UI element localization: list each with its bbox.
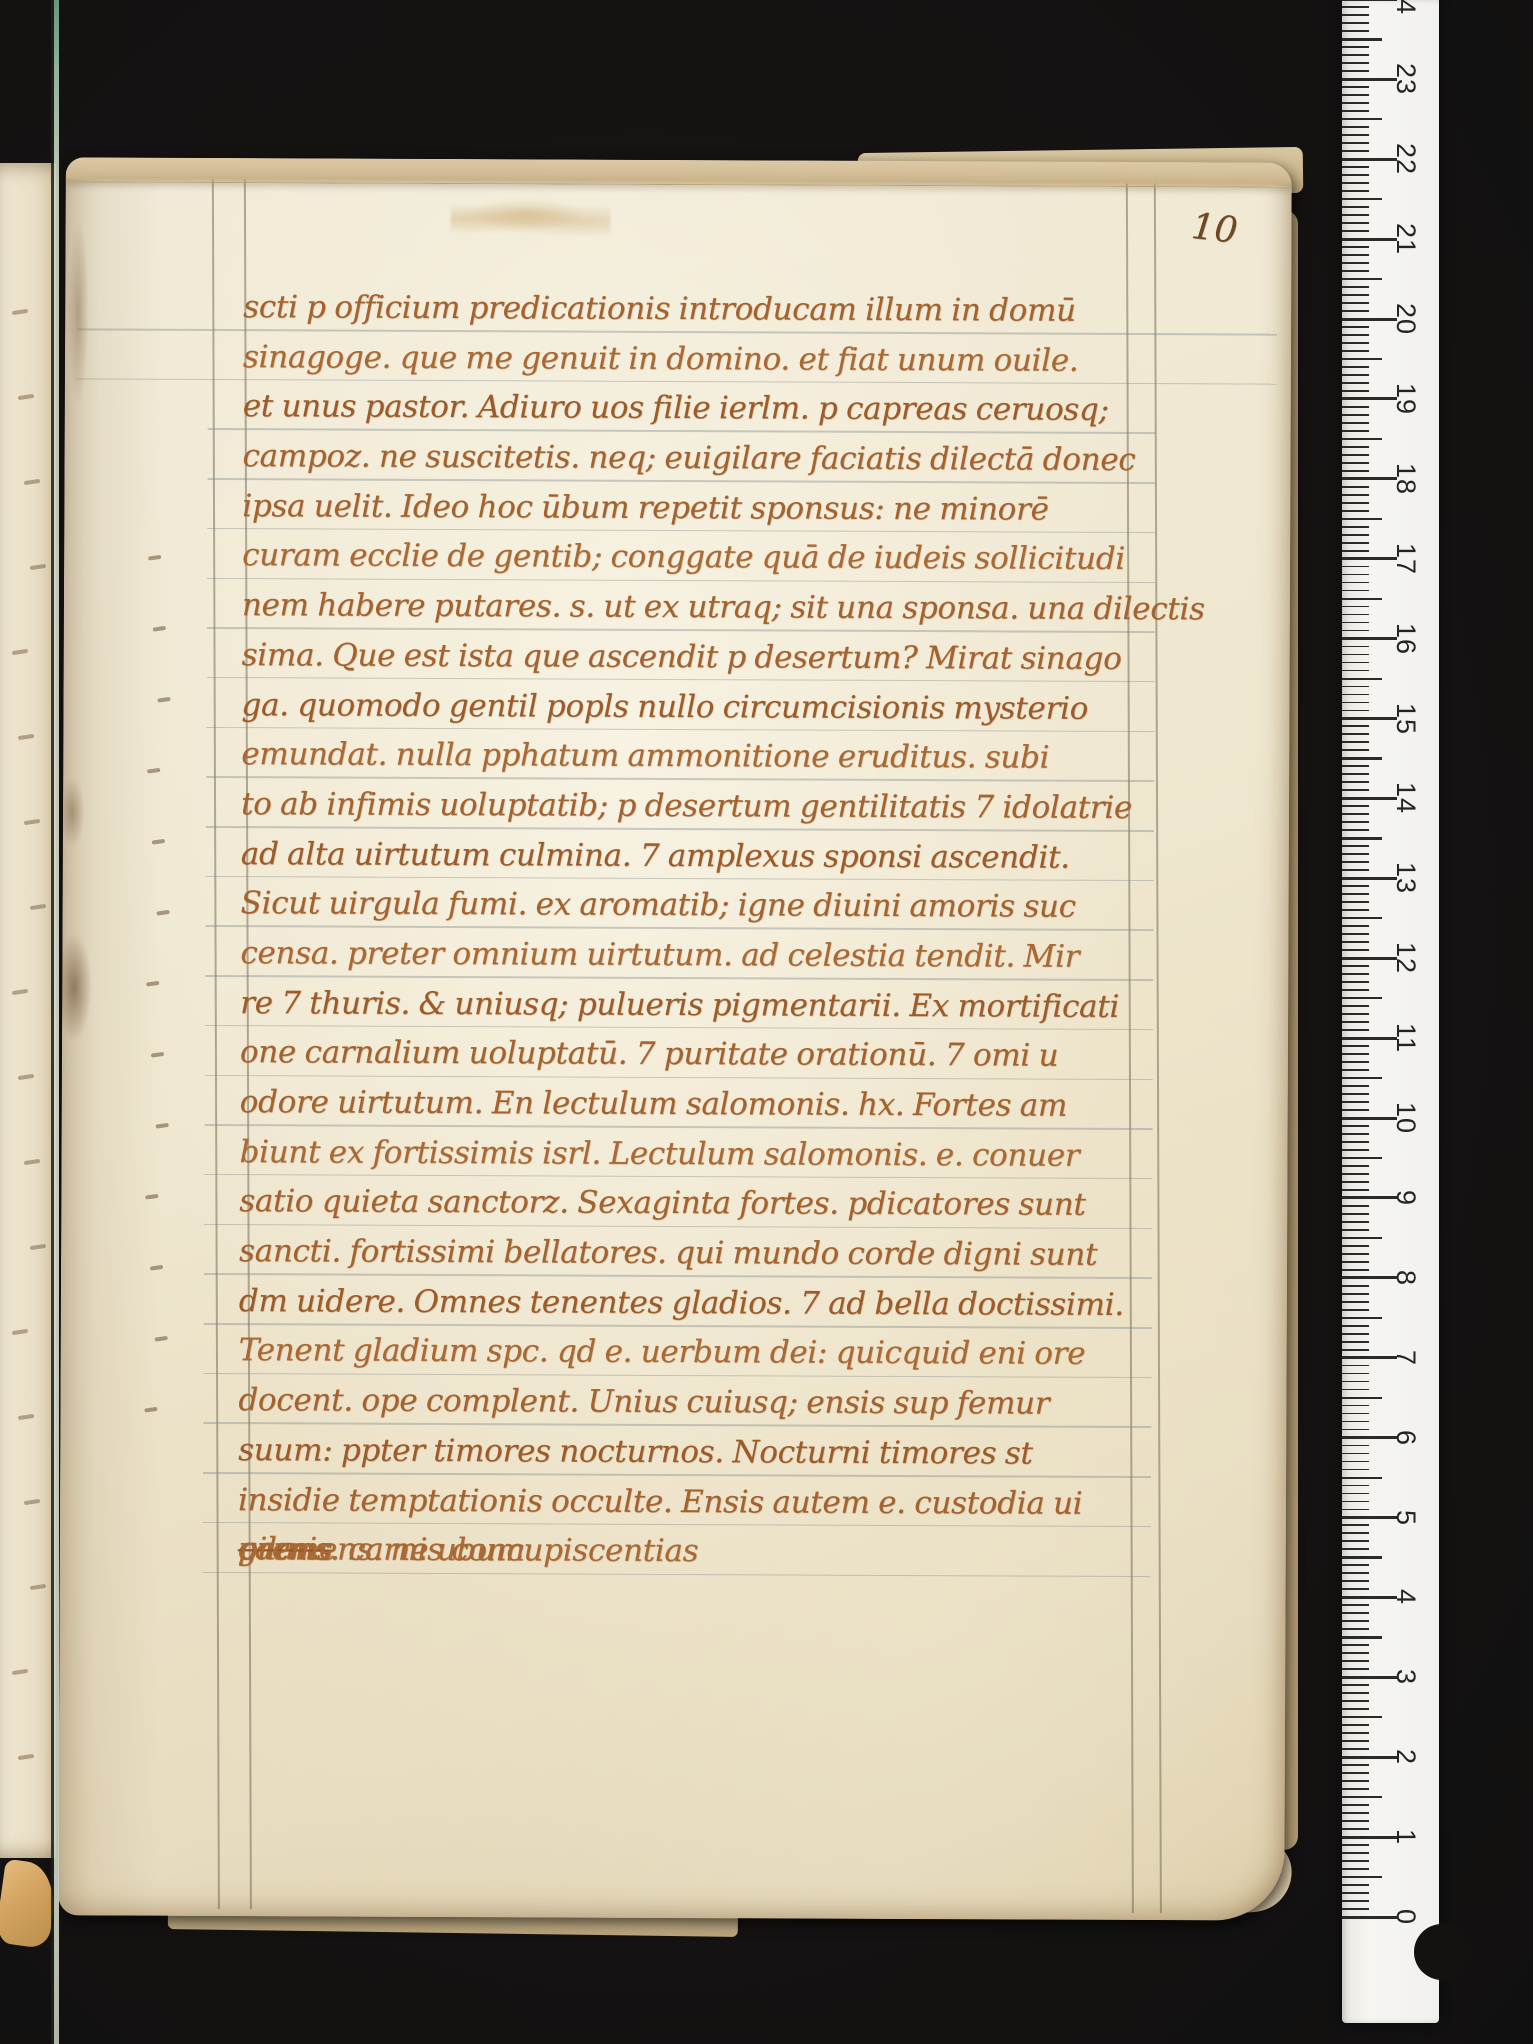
ruler-number: 1	[1395, 1809, 1417, 1865]
text-line: re 7 thuris. & uniusq; pulueris pigmenta…	[240, 985, 1155, 1039]
ruler-tick	[1342, 518, 1382, 520]
ruler-tick	[1342, 414, 1369, 416]
ruler-number: 15	[1395, 691, 1417, 747]
ruler-tick	[1342, 1628, 1369, 1630]
ruler-tick	[1342, 1333, 1369, 1335]
ruler-tick	[1342, 1037, 1397, 1040]
ruler-tick	[1342, 1716, 1382, 1718]
ruler-tick	[1342, 1908, 1369, 1910]
ruler-number: 14	[1395, 770, 1417, 826]
text-line: sancti. fortissimi bellatores. qui mundo…	[239, 1233, 1154, 1287]
text-line: satio quieta sanctorz. Sexaginta fortes.…	[239, 1183, 1154, 1237]
ruler-tick	[1342, 1772, 1369, 1774]
ruler-tick	[1342, 1221, 1369, 1223]
ruler-tick	[1342, 853, 1369, 855]
ruler-tick	[1342, 438, 1382, 440]
ruler-tick	[1342, 1676, 1397, 1679]
ruler-tick	[1342, 222, 1369, 224]
ruler-tick	[1342, 654, 1369, 656]
ruler-number: 20	[1395, 291, 1417, 347]
ruler-tick	[1342, 622, 1369, 624]
ruler-tick	[1342, 238, 1397, 241]
ruler-tick	[1342, 22, 1369, 24]
ruler-tick	[1342, 550, 1369, 552]
ruler-tick	[1342, 741, 1369, 743]
ruler-tick	[1342, 1796, 1382, 1798]
prick-mark	[151, 1052, 164, 1057]
ruler-tick	[1342, 6, 1369, 8]
prick-mark	[18, 1754, 34, 1760]
text-line: scti p officium predicationis introducam…	[243, 289, 1158, 343]
ruler-tick	[1342, 1349, 1369, 1351]
text-line: biunt ex fortissimis isrl. Lectulum salo…	[239, 1134, 1154, 1188]
ruler-tick	[1342, 614, 1369, 616]
ruler-tick	[1342, 1692, 1369, 1694]
prick-mark	[155, 1336, 168, 1341]
ruler-tick	[1342, 214, 1369, 216]
ruler-tick	[1342, 821, 1369, 823]
ruler-tick	[1342, 1788, 1369, 1790]
ruler-tick	[1342, 1429, 1369, 1431]
ruler-tick	[1342, 1061, 1369, 1063]
ruler-tick	[1342, 62, 1369, 64]
ruler-tick	[1342, 1836, 1397, 1839]
ruler-tick	[1342, 662, 1369, 664]
folio-number: 10	[1189, 206, 1239, 252]
ruler-tick	[1342, 1556, 1382, 1558]
ruler-tick	[1342, 989, 1369, 991]
ruler-tick	[1342, 1852, 1369, 1854]
ruler-tick	[1342, 174, 1369, 176]
ruler-tick	[1342, 366, 1369, 368]
ruler-tick	[1342, 1053, 1369, 1055]
ruler-tick	[1342, 397, 1397, 400]
ruler-number: 23	[1395, 51, 1417, 107]
ruler-tick	[1342, 110, 1369, 112]
ruler-tick	[1342, 757, 1382, 759]
ruler-number: 24	[1395, 0, 1417, 27]
prick-mark	[12, 989, 28, 995]
ruler-tick	[1342, 1652, 1369, 1654]
ruler-tick	[1342, 678, 1382, 680]
text-line: ga. quomodo gentil popls nullo circumcis…	[241, 687, 1156, 741]
ruler-tick	[1342, 446, 1369, 448]
ruler-tick	[1342, 1189, 1369, 1191]
ruler-tick	[1342, 1780, 1369, 1782]
ruler-tick	[1342, 318, 1397, 321]
prick-mark	[30, 1584, 46, 1590]
ruler-tick	[1342, 1748, 1369, 1750]
ruler-tick	[1342, 502, 1369, 504]
ruler-tick	[1342, 933, 1369, 935]
ruler-tick	[1342, 542, 1369, 544]
ruler-number: 22	[1395, 131, 1417, 187]
ruler-tick	[1342, 765, 1369, 767]
ruler-tick	[1342, 310, 1369, 312]
ruler-tick	[1342, 1276, 1397, 1279]
text-block: scti p officium predicationis introducam…	[238, 289, 1159, 1585]
ruler-tick	[1342, 805, 1369, 807]
ruler-number: 3	[1395, 1649, 1417, 1705]
ruler-tick	[1342, 70, 1369, 72]
ruler-tick	[1342, 78, 1397, 81]
ruler-tick	[1342, 949, 1369, 951]
ruler-tick	[1342, 1117, 1397, 1120]
prick-mark	[18, 734, 34, 740]
ruler-tick	[1342, 829, 1369, 831]
text-line: et unus pastor. Adiuro uos filie ierlm. …	[243, 388, 1158, 442]
ruler-tick	[1342, 1085, 1369, 1087]
ruler-tick	[1342, 302, 1369, 304]
text-line: suum: ppter timores nocturnos. Nocturni …	[238, 1432, 1153, 1486]
ruler-tick	[1342, 190, 1369, 192]
ruler-tick	[1342, 981, 1369, 983]
ruler-tick	[1342, 941, 1369, 943]
ruler-tick	[1342, 286, 1369, 288]
ruler-tick	[1342, 1876, 1382, 1878]
ruler-tick	[1342, 1325, 1369, 1327]
ruler-tick	[1342, 917, 1382, 919]
ruler-number: 12	[1395, 930, 1417, 986]
ruler-tick	[1342, 246, 1369, 248]
ruler-tick	[1342, 590, 1369, 592]
ruler-tick	[1342, 1269, 1369, 1271]
ruler-tick	[1342, 1205, 1369, 1207]
ruler-tick	[1342, 1013, 1369, 1015]
ruler-tick	[1342, 510, 1369, 512]
ruler-number: 2	[1395, 1729, 1417, 1785]
ruler-tick	[1342, 1636, 1382, 1638]
ruler-tick	[1342, 1245, 1369, 1247]
ruler-tick	[1342, 1828, 1369, 1830]
page-top-fold	[66, 157, 1292, 187]
prick-mark	[145, 1194, 158, 1199]
ruler-tick	[1342, 877, 1397, 880]
ruler-tick	[1342, 686, 1369, 688]
ruler-tick	[1342, 1684, 1369, 1686]
ruler-tick	[1342, 1261, 1369, 1263]
prick-mark	[12, 649, 28, 655]
manuscript-page: scti p officium predicationis introducam…	[58, 157, 1292, 1920]
prick-mark	[153, 626, 166, 631]
ruler-tick	[1342, 1532, 1369, 1534]
ruler-tick	[1342, 1309, 1369, 1311]
photo-background: scti p officium predicationis introducam…	[0, 0, 1533, 2044]
prick-mark	[30, 1244, 46, 1250]
text-line: odore uirtutum. En lectulum salomonis. h…	[240, 1084, 1155, 1138]
ruler-tick	[1342, 1405, 1369, 1407]
ruler-tick	[1342, 837, 1382, 839]
ruler-tick	[1342, 1413, 1369, 1415]
text-line: Tenent gladium spc. qd e. uerbum dei: qu…	[238, 1333, 1153, 1387]
ruler-tick	[1342, 646, 1369, 648]
ruler-tick	[1342, 574, 1369, 576]
prick-mark	[18, 1414, 34, 1420]
ruler-tick	[1342, 1285, 1369, 1287]
prick-mark	[147, 768, 160, 773]
ruler-tick	[1342, 94, 1369, 96]
text-line: gilans. carnis concupiscentias carnis pr…	[238, 1531, 1153, 1585]
ruler-tick	[1342, 1564, 1369, 1566]
ruler-tick	[1342, 1045, 1369, 1047]
ruler-tick	[1342, 717, 1397, 720]
ruler-tick	[1342, 1604, 1369, 1606]
ruler-tick	[1342, 637, 1397, 640]
ruler-tick	[1342, 486, 1369, 488]
ruler-tick	[1342, 845, 1369, 847]
ruler-tick	[1342, 454, 1369, 456]
ruler-number: 0	[1395, 1889, 1417, 1945]
ruler-tick	[1342, 1493, 1369, 1495]
prick-mark	[146, 981, 159, 986]
ruler-tick	[1342, 861, 1369, 863]
ruler-tick	[1342, 1501, 1369, 1503]
ruler-tick	[1342, 526, 1369, 528]
ruler-tick	[1342, 1461, 1369, 1463]
ruler-tick	[1342, 334, 1369, 336]
prick-mark	[24, 1159, 40, 1165]
ruler-tick	[1342, 126, 1369, 128]
ruler-tick	[1342, 1588, 1369, 1590]
ruler-tick	[1342, 1844, 1369, 1846]
ruler-tick	[1342, 54, 1369, 56]
ruler-tick	[1342, 150, 1369, 152]
ruler-tick	[1342, 1365, 1369, 1367]
text-line: ipsa uelit. Ideo hoc ūbum repetit sponsu…	[242, 488, 1157, 542]
ruler-tick	[1342, 1029, 1369, 1031]
ruler-tick	[1342, 1253, 1369, 1255]
ruler-tick	[1342, 1109, 1369, 1111]
ruler-number: 6	[1395, 1410, 1417, 1466]
ruler-tick	[1342, 710, 1369, 712]
text-line: dm uidere. Omnes tenentes gladios. 7 ad …	[239, 1283, 1154, 1337]
ruler-tick	[1342, 1572, 1369, 1574]
ruler-tick	[1342, 694, 1369, 696]
ruler-tick	[1342, 566, 1369, 568]
ruler-tick	[1342, 973, 1369, 975]
ruler-number: 21	[1395, 211, 1417, 267]
prick-mark	[24, 479, 40, 485]
ruler-tick	[1342, 374, 1369, 376]
ruler-tick	[1342, 1021, 1369, 1023]
ruler-tick	[1342, 965, 1369, 967]
ruler-tick	[1342, 477, 1397, 480]
ruler-tick	[1342, 1173, 1369, 1175]
ruler-tick	[1342, 1301, 1369, 1303]
ruler-tick	[1342, 1093, 1369, 1095]
ruler-tick	[1342, 1884, 1369, 1886]
ruler-tick	[1342, 557, 1397, 560]
text-line: docent. ope complent. Unius cuiusq; ensi…	[238, 1382, 1153, 1436]
ruler-number: 4	[1395, 1569, 1417, 1625]
glass-plate-edge-highlight	[54, 0, 59, 2044]
ruler-tick	[1342, 1141, 1369, 1143]
ruler-tick	[1342, 1317, 1382, 1319]
ruler-number: 10	[1395, 1090, 1417, 1146]
ruler-tick	[1342, 1237, 1382, 1239]
ruler-tick	[1342, 1149, 1369, 1151]
ruler-tick	[1342, 749, 1369, 751]
ruler-tick	[1342, 797, 1397, 800]
ruler-tick	[1342, 1133, 1369, 1135]
text-line: Sicut uirgula fumi. ex aromatib; igne di…	[240, 885, 1155, 939]
ruler-tick	[1342, 630, 1369, 632]
ruler-tick	[1342, 254, 1369, 256]
ruler-tick	[1342, 134, 1369, 136]
ruler-tick	[1342, 1724, 1369, 1726]
ruler-tick	[1342, 470, 1369, 472]
text-line: one carnalium uoluptatū. 7 puritate orat…	[240, 1034, 1155, 1088]
prick-mark	[30, 564, 46, 570]
ruler-tick	[1342, 1740, 1369, 1742]
ruler-tick	[1342, 957, 1397, 960]
text-line: campoz. ne suscitetis. neq; euigilare fa…	[242, 438, 1157, 492]
ruler-tick	[1342, 1356, 1397, 1359]
ruler-tick	[1342, 725, 1369, 727]
ruler-tick	[1342, 118, 1382, 120]
ruler-tick	[1342, 1732, 1369, 1734]
prick-mark	[30, 904, 46, 910]
ruler-number: 9	[1395, 1170, 1417, 1226]
ruler-tick	[1342, 358, 1382, 360]
ruler-tick	[1342, 326, 1369, 328]
text-line: nem habere putares. s. ut ex utraq; sit …	[242, 587, 1157, 641]
ruler-number: 7	[1395, 1330, 1417, 1386]
ruler-tick	[1342, 1469, 1369, 1471]
text-line: sima. Que est ista que ascendit p desert…	[242, 637, 1157, 691]
text-line: sinagoge. que me genuit in domino. et fi…	[243, 339, 1158, 393]
ruler-tick	[1342, 1293, 1369, 1295]
ruler-tick	[1342, 885, 1369, 887]
ruler-tick	[1342, 1708, 1369, 1710]
prick-mark	[12, 309, 28, 315]
ruler-tick	[1342, 1612, 1369, 1614]
ruler-tick	[1342, 382, 1369, 384]
ruler-tick	[1342, 1756, 1397, 1759]
ruler-tick	[1342, 598, 1382, 600]
ruler-tick	[1342, 1229, 1369, 1231]
ruler-tick	[1342, 0, 1397, 1]
prick-mark	[144, 1407, 157, 1412]
prick-mark	[24, 819, 40, 825]
text-line: emundat. nulla pphatum ammonitione erudi…	[241, 736, 1156, 790]
ruler-tick	[1342, 582, 1369, 584]
prick-mark	[150, 1265, 163, 1270]
ruler-tick	[1342, 494, 1369, 496]
ruler-tick	[1342, 1477, 1382, 1479]
ruler-tick	[1342, 198, 1382, 200]
ruler-tick	[1342, 462, 1369, 464]
ruler-tick	[1342, 1900, 1369, 1902]
ruler-tick	[1342, 1373, 1369, 1375]
ruler-number: 13	[1395, 850, 1417, 906]
ruler-tick	[1342, 1389, 1369, 1391]
prick-mark	[152, 839, 165, 844]
ruler-tick	[1342, 1764, 1369, 1766]
ruler-tick	[1342, 166, 1369, 168]
text-line: to ab infimis uoluptatib; p desertum gen…	[241, 786, 1156, 840]
ruler-tick	[1342, 270, 1369, 272]
ruler-number: 8	[1395, 1250, 1417, 1306]
ruler-tick	[1342, 925, 1369, 927]
ruler-tick	[1342, 262, 1369, 264]
ruler-tick	[1342, 789, 1369, 791]
prick-mark	[156, 910, 169, 915]
ruler-tick	[1342, 1005, 1369, 1007]
ruler-tick	[1342, 1453, 1369, 1455]
ruler-tick	[1342, 773, 1369, 775]
ruler-tick	[1342, 1421, 1369, 1423]
ruler-tick	[1342, 1540, 1369, 1542]
prick-mark	[18, 394, 34, 400]
text-line: insidie temptationis occulte. Ensis aute…	[238, 1482, 1153, 1536]
ruler-tick	[1342, 46, 1369, 48]
ruler-tick	[1342, 430, 1369, 432]
ruler-tick	[1342, 390, 1369, 392]
ruler-tick	[1342, 1660, 1369, 1662]
ruler-tick	[1342, 350, 1369, 352]
prick-mark	[12, 1329, 28, 1335]
ruler-tick	[1342, 422, 1369, 424]
ruler-number: 11	[1395, 1010, 1417, 1066]
ruler-tick	[1342, 1485, 1369, 1487]
ruler-tick	[1342, 158, 1397, 161]
prick-mark	[18, 1074, 34, 1080]
ruler-tick	[1342, 1580, 1369, 1582]
text-line: ad alta uirtutum culmina. 7 amplexus spo…	[241, 836, 1156, 890]
ruler-tick	[1342, 206, 1369, 208]
ruler-tick	[1342, 1381, 1369, 1383]
ruler-tick	[1342, 1436, 1397, 1439]
ruler-tick	[1342, 1860, 1369, 1862]
ruler-tick	[1342, 1620, 1369, 1622]
ruler-tick	[1342, 781, 1369, 783]
prick-mark	[148, 555, 161, 560]
ruler-tick	[1342, 1445, 1369, 1447]
text-line: curam ecclie de gentib; conggate quā de …	[242, 538, 1157, 592]
ruler-tick	[1342, 1509, 1369, 1511]
ruler-tick	[1342, 294, 1369, 296]
ruler-tick	[1342, 813, 1369, 815]
ruler-tick	[1342, 1069, 1369, 1071]
ruler-tick	[1342, 1516, 1397, 1519]
ruler-tick	[1342, 606, 1369, 608]
ruler-tick	[1342, 893, 1369, 895]
ruler-tick	[1342, 406, 1369, 408]
ruler-tick	[1342, 909, 1369, 911]
ruler-tick	[1342, 86, 1369, 88]
ruler-tick	[1342, 1125, 1369, 1127]
ruler-number: 5	[1395, 1490, 1417, 1546]
ruler-tick	[1342, 1181, 1369, 1183]
ruler-tick	[1342, 670, 1369, 672]
ruler-tick	[1342, 1596, 1397, 1599]
ruler-tick	[1342, 1812, 1369, 1814]
prick-mark	[157, 697, 170, 702]
ruler-tick	[1342, 1101, 1369, 1103]
ruler: 0123456789101112131415161718192021222324	[1342, 0, 1439, 2023]
ruler-tick	[1342, 1397, 1382, 1399]
ruler-tick	[1342, 1820, 1369, 1822]
ruler-tick	[1342, 230, 1369, 232]
ruler-tick	[1342, 997, 1382, 999]
ruler-tick	[1342, 1916, 1397, 1919]
ruler-tick	[1342, 1341, 1369, 1343]
ruler-tick	[1342, 1668, 1369, 1670]
ruler-tick	[1342, 142, 1369, 144]
ruler-tick	[1342, 1892, 1369, 1894]
ruler-tick	[1342, 1165, 1369, 1167]
